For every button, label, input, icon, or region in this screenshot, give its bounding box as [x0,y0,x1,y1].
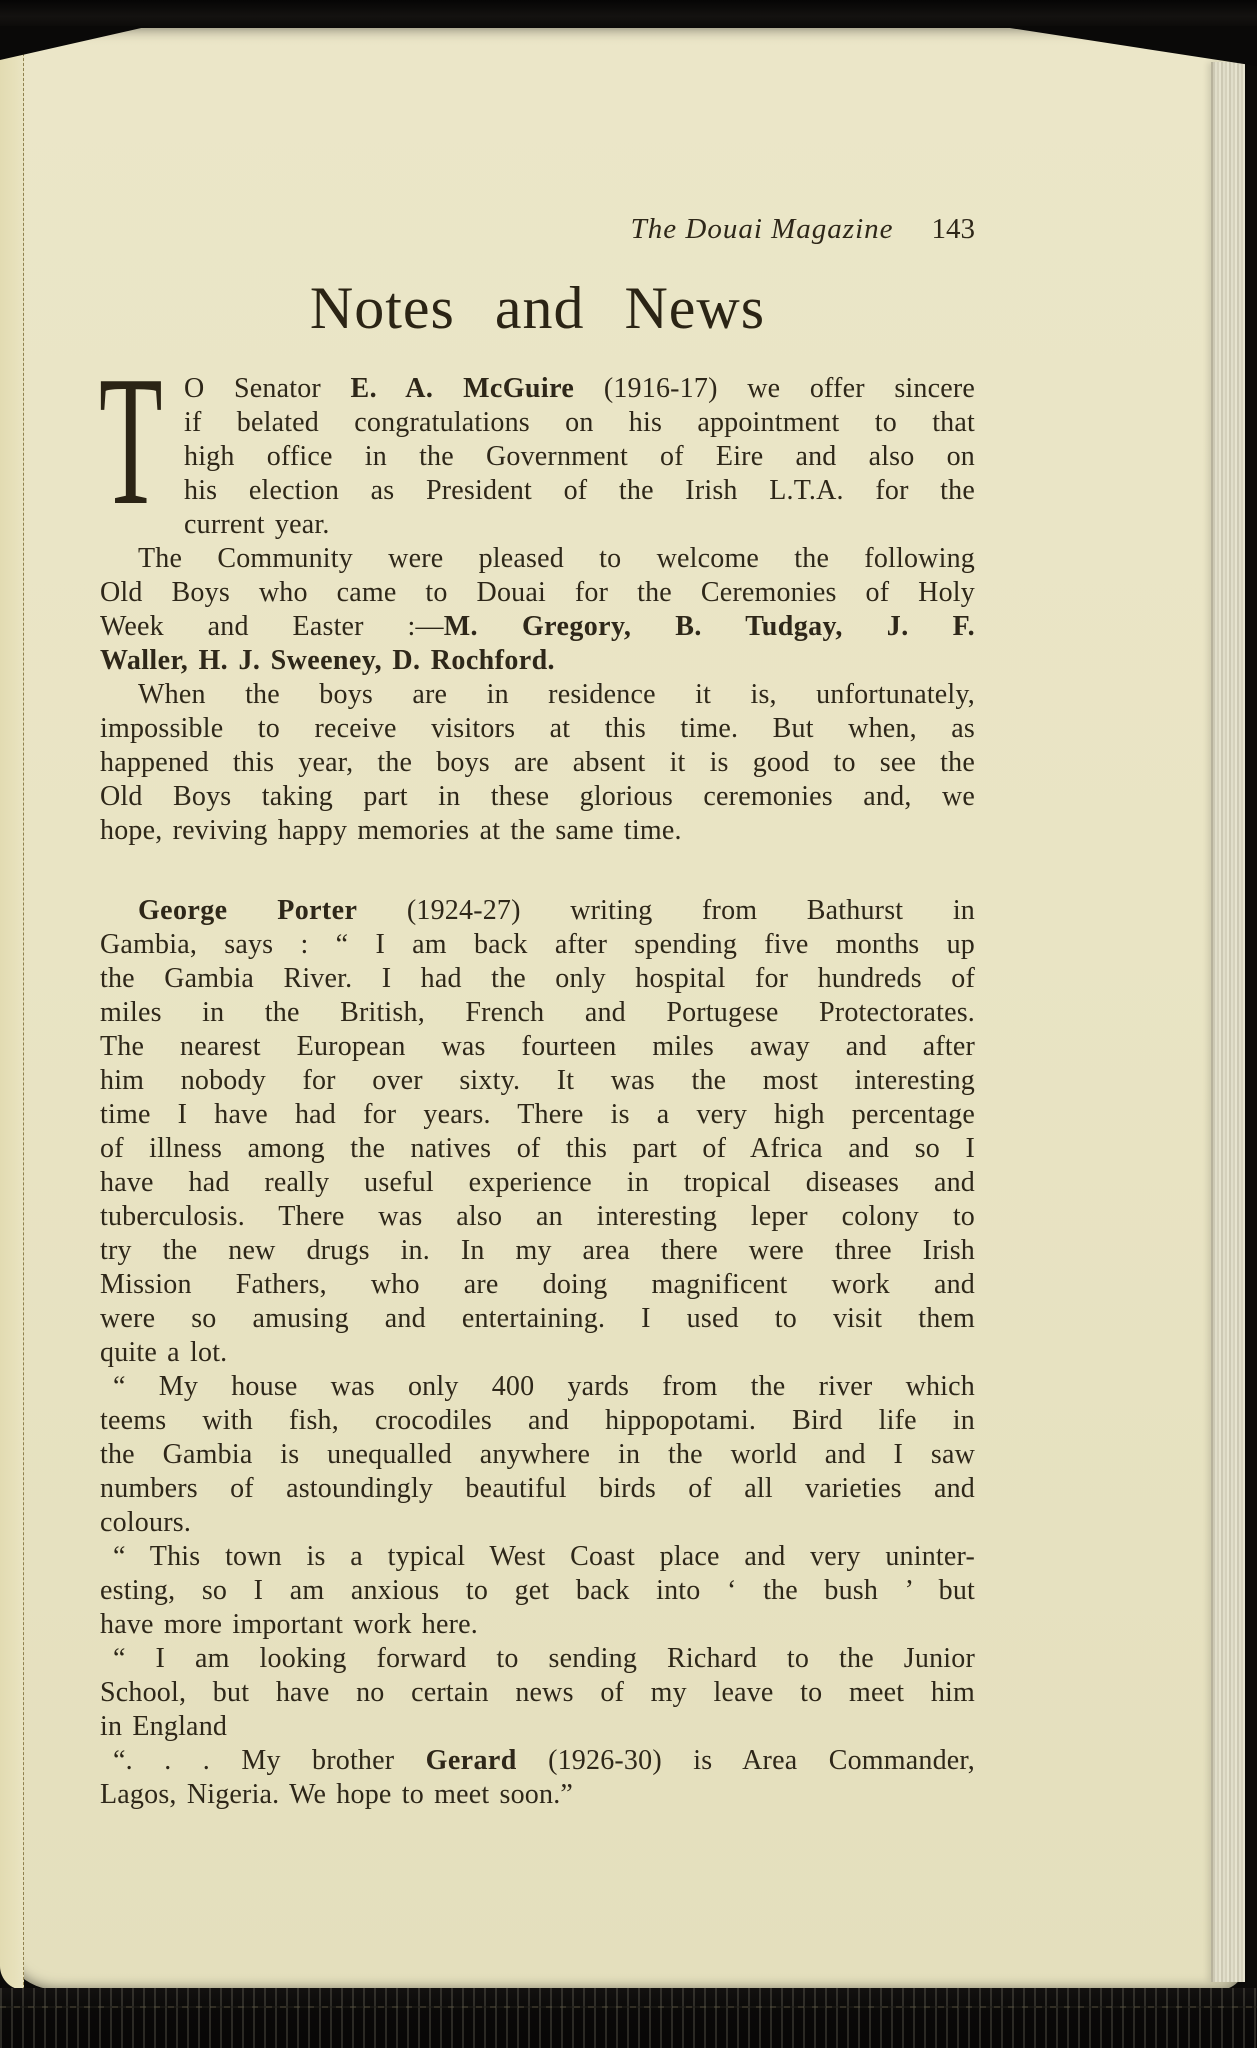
body-text: O Senator [184,373,351,404]
body-text: The Community were pleased to welcome th… [138,543,975,574]
bold-name-text: Waller, H. J. Sweeney, D. Rochford. [100,645,555,676]
bold-name-text: E. A. McGuire [351,373,575,404]
paragraph: “. . . My brother Gerard (1926-30) is Ar… [100,1744,975,1812]
body-text: School, but have no certain news of my l… [100,1677,975,1708]
text-line: Lagos, Nigeria. We hope to meet soon.” [100,1778,975,1812]
paragraph: When the boys are in residence it is, un… [100,678,975,848]
text-line: of illness among the natives of this par… [100,1132,975,1166]
text-line: his election as President of the Irish L… [184,474,975,508]
body-text: “ This town is a typical West Coast plac… [113,1541,975,1572]
body-text: him nobody for over sixty. It was the mo… [100,1065,975,1096]
bold-name-text: Gerard [426,1745,517,1776]
text-line: Waller, H. J. Sweeney, D. Rochford. [100,644,975,678]
text-line: try the new drugs in. In my area there w… [100,1234,975,1268]
book-scan: The Douai Magazine143 Notes and News TO … [0,0,1257,2048]
printed-content: The Douai Magazine143 Notes and News TO … [100,28,975,1812]
running-header: The Douai Magazine143 [100,212,975,246]
text-line: have more important work here. [100,1608,975,1642]
text-line: miles in the British, French and Portuge… [100,996,975,1030]
text-line: have had really useful experience in tro… [100,1166,975,1200]
body-text: quite a lot. [100,1337,227,1368]
paragraph: “ This town is a typical West Coast plac… [100,1540,975,1642]
body-text: his election as President of the Irish L… [184,475,975,506]
text-line: Old Boys who came to Douai for the Cerem… [100,576,975,610]
body-text: (1916-17) we offer sincere [574,373,975,404]
body-text: When the boys are in residence it is, un… [138,679,975,710]
paragraph: The Community were pleased to welcome th… [100,542,975,678]
text-line: When the boys are in residence it is, un… [100,678,975,712]
body-text: numbers of astoundingly beautiful birds … [100,1473,975,1504]
body-text: were so amusing and entertaining. I used… [100,1303,975,1334]
text-line: Week and Easter :—M. Gregory, B. Tudgay,… [100,610,975,644]
text-line: tuberculosis. There was also an interest… [100,1200,975,1234]
body-text: tuberculosis. There was also an interest… [100,1201,975,1232]
text-line: numbers of astoundingly beautiful birds … [100,1472,975,1506]
drop-cap-letter: T [99,377,163,505]
text-line: if belated congratulations on his appoin… [184,406,975,440]
text-line: hope, reviving happy memories at the sam… [100,814,975,848]
body-text: “ My house was only 400 yards from the r… [113,1371,975,1402]
paragraph: “ I am looking forward to sending Richar… [100,1642,975,1744]
page-number: 143 [932,213,976,245]
text-line: impossible to receive visitors at this t… [100,712,975,746]
text-line: The Community were pleased to welcome th… [100,542,975,576]
text-line: the Gambia is unequalled anywhere in the… [100,1438,975,1472]
body-text: Mission Fathers, who are doing magnifice… [100,1269,975,1300]
text-line: “ My house was only 400 yards from the r… [100,1370,975,1404]
body-text: esting, so I am anxious to get back into… [100,1575,975,1606]
body-text: the Gambia is unequalled anywhere in the… [100,1439,975,1470]
book-cover-top-edge [0,0,1257,30]
body-text: time I have had for years. There is a ve… [100,1099,975,1130]
magazine-title: The Douai Magazine [631,213,894,245]
body-text: (1924-27) writing from Bathurst in [357,895,975,926]
body-text: “. . . My brother [113,1745,426,1776]
text-line: happened this year, the boys are absent … [100,746,975,780]
body-text: teems with fish, crocodiles and hippopot… [100,1405,975,1436]
body-text: impossible to receive visitors at this t… [100,713,975,744]
body-text: happened this year, the boys are absent … [100,747,975,778]
bold-name-text: George Porter [138,895,357,926]
body-text: the Gambia River. I had the only hospita… [100,963,975,994]
body-text: The nearest European was fourteen miles … [100,1031,975,1062]
paragraph: George Porter (1924-27) writing from Bat… [100,894,975,1370]
body-text: (1926-30) is Area Commander, [517,1745,975,1776]
magazine-page: The Douai Magazine143 Notes and News TO … [0,28,1245,1990]
body-text: of illness among the natives of this par… [100,1133,975,1164]
text-line: The nearest European was fourteen miles … [100,1030,975,1064]
text-line: George Porter (1924-27) writing from Bat… [100,894,975,928]
text-line: Mission Fathers, who are doing magnifice… [100,1268,975,1302]
text-line: esting, so I am anxious to get back into… [100,1574,975,1608]
article-title: Notes and News [100,272,975,344]
text-line: School, but have no certain news of my l… [100,1676,975,1710]
body-text: try the new drugs in. In my area there w… [100,1235,975,1266]
text-line: Old Boys taking part in these glorious c… [100,780,975,814]
text-line: in England [100,1710,975,1744]
text-line: “. . . My brother Gerard (1926-30) is Ar… [100,1744,975,1778]
body-text: miles in the British, French and Portuge… [100,997,975,1028]
text-line: quite a lot. [100,1336,975,1370]
page-gutter-crease [0,28,24,1990]
body-text: if belated congratulations on his appoin… [184,407,975,438]
body-text: in England [100,1711,227,1742]
text-line: time I have had for years. There is a ve… [100,1098,975,1132]
text-line: “ I am looking forward to sending Richar… [100,1642,975,1676]
text-line: him nobody for over sixty. It was the mo… [100,1064,975,1098]
body-text: Week and Easter :— [100,611,444,642]
text-line: colours. [100,1506,975,1540]
paragraph: “ My house was only 400 yards from the r… [100,1370,975,1540]
article-body: TO Senator E. A. McGuire (1916-17) we of… [100,372,975,1812]
body-text: Old Boys taking part in these glorious c… [100,781,975,812]
bold-name-text: M. Gregory, B. Tudgay, J. F. [444,611,975,642]
text-line: Gambia, says : “ I am back after spendin… [100,928,975,962]
body-text: hope, reviving happy memories at the sam… [100,815,682,846]
body-text: Lagos, Nigeria. We hope to meet soon.” [100,1779,573,1810]
book-cover-bottom-edge [0,1988,1257,2048]
text-line: high office in the Government of Eire an… [184,440,975,474]
text-line: “ This town is a typical West Coast plac… [100,1540,975,1574]
text-line: were so amusing and entertaining. I used… [100,1302,975,1336]
text-line: O Senator E. A. McGuire (1916-17) we off… [184,372,975,406]
page-stack-fore-edge [1211,62,1245,1982]
body-text: high office in the Government of Eire an… [184,441,975,472]
body-text: Old Boys who came to Douai for the Cerem… [100,577,975,608]
body-text: Gambia, says : “ I am back after spendin… [100,929,975,960]
paragraph: TO Senator E. A. McGuire (1916-17) we of… [100,372,975,542]
body-text: current year. [184,509,330,540]
text-line: teems with fish, crocodiles and hippopot… [100,1404,975,1438]
text-line: the Gambia River. I had the only hospita… [100,962,975,996]
body-text: colours. [100,1507,191,1538]
text-line: current year. [184,508,975,542]
body-text: “ I am looking forward to sending Richar… [113,1643,975,1674]
body-text: have more important work here. [100,1609,478,1640]
body-text: have had really useful experience in tro… [100,1167,975,1198]
